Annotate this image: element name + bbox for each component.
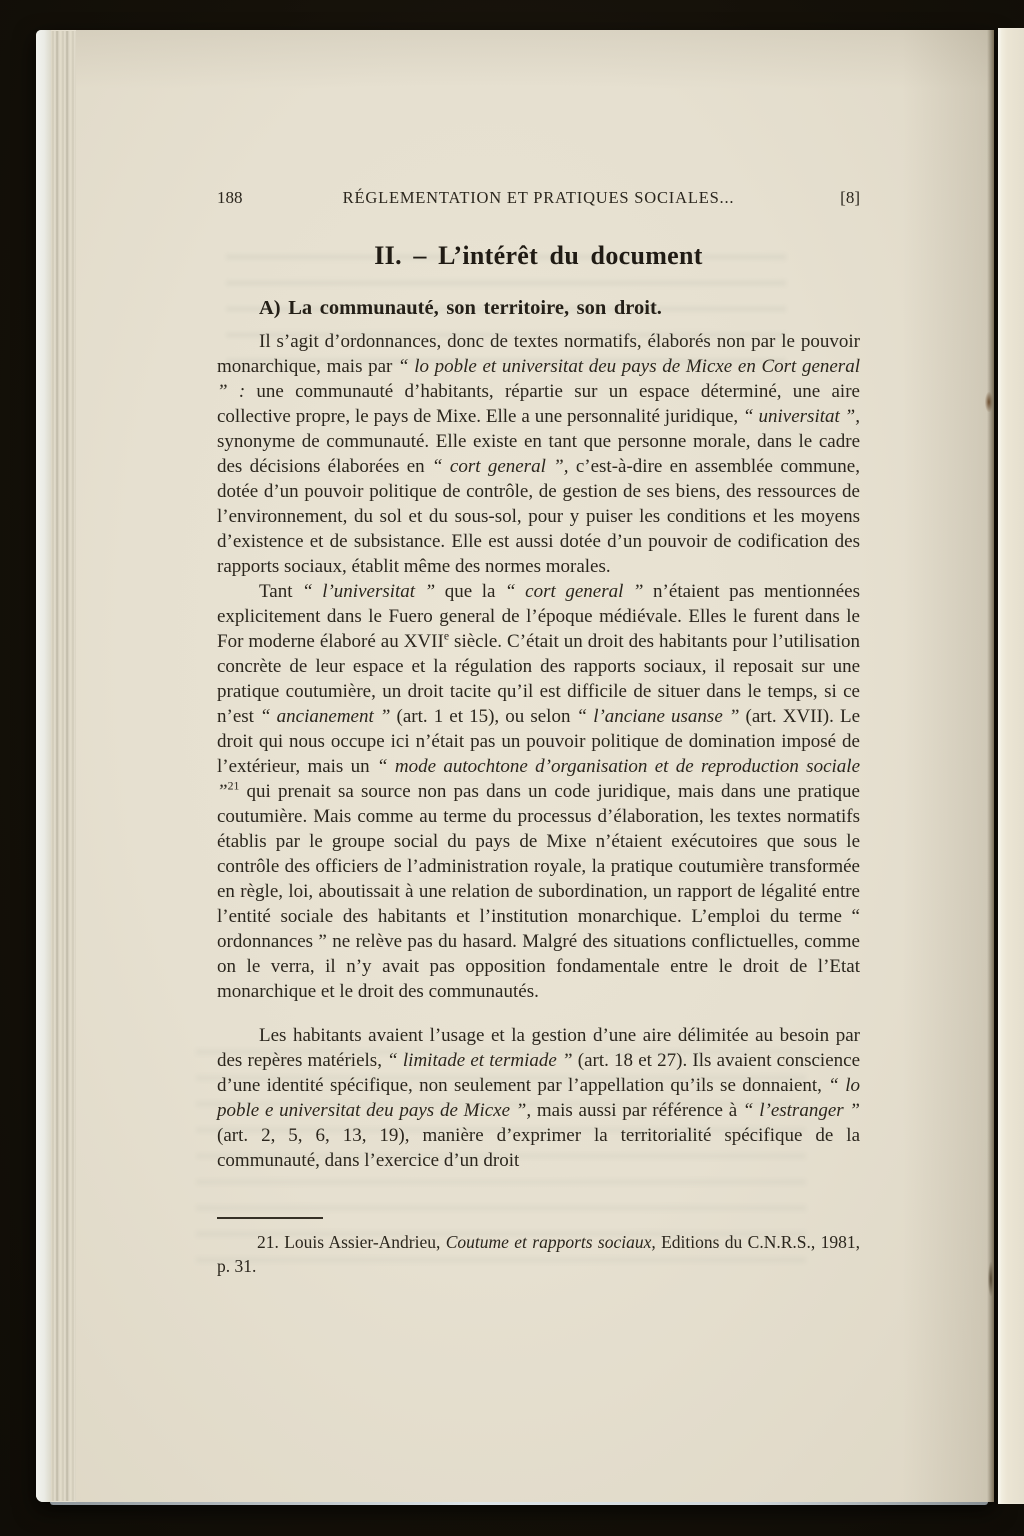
page-surface: 188 RÉGLEMENTATION ET PRATIQUES SOCIALES…	[76, 30, 994, 1502]
book-page: 188 RÉGLEMENTATION ET PRATIQUES SOCIALES…	[36, 30, 994, 1502]
subsection-title: A) La communauté, son territoire, son dr…	[259, 297, 860, 320]
bracket-page-marker: [8]	[768, 188, 860, 208]
adjacent-page-edge	[998, 28, 1024, 1504]
photo-background: 188 RÉGLEMENTATION ET PRATIQUES SOCIALES…	[0, 0, 1024, 1536]
paragraph-2: Tant “ l’universitat ” que la “ cort gen…	[217, 579, 860, 1004]
page-number: 188	[217, 188, 309, 208]
section-title: II. – L’intérêt du document	[217, 241, 860, 271]
page-stack-edges	[51, 31, 76, 1501]
page-header: 188 RÉGLEMENTATION ET PRATIQUES SOCIALES…	[217, 188, 860, 208]
paragraph-3: Les habitants avaient l’usage et la gest…	[217, 1023, 860, 1173]
footnote-separator-rule	[217, 1217, 323, 1219]
page-fore-edge	[36, 30, 51, 1502]
footnote-text: 21. Louis Assier-Andrieu, Coutume et rap…	[217, 1230, 860, 1278]
footnote-block: 21. Louis Assier-Andrieu, Coutume et rap…	[217, 1217, 860, 1278]
paragraph-1: Il s’agit d’ordonnances, donc de textes …	[217, 329, 860, 579]
running-title: RÉGLEMENTATION ET PRATIQUES SOCIALES...	[309, 188, 768, 208]
gutter-crease	[987, 30, 994, 1502]
text-block: 188 RÉGLEMENTATION ET PRATIQUES SOCIALES…	[217, 188, 860, 1278]
